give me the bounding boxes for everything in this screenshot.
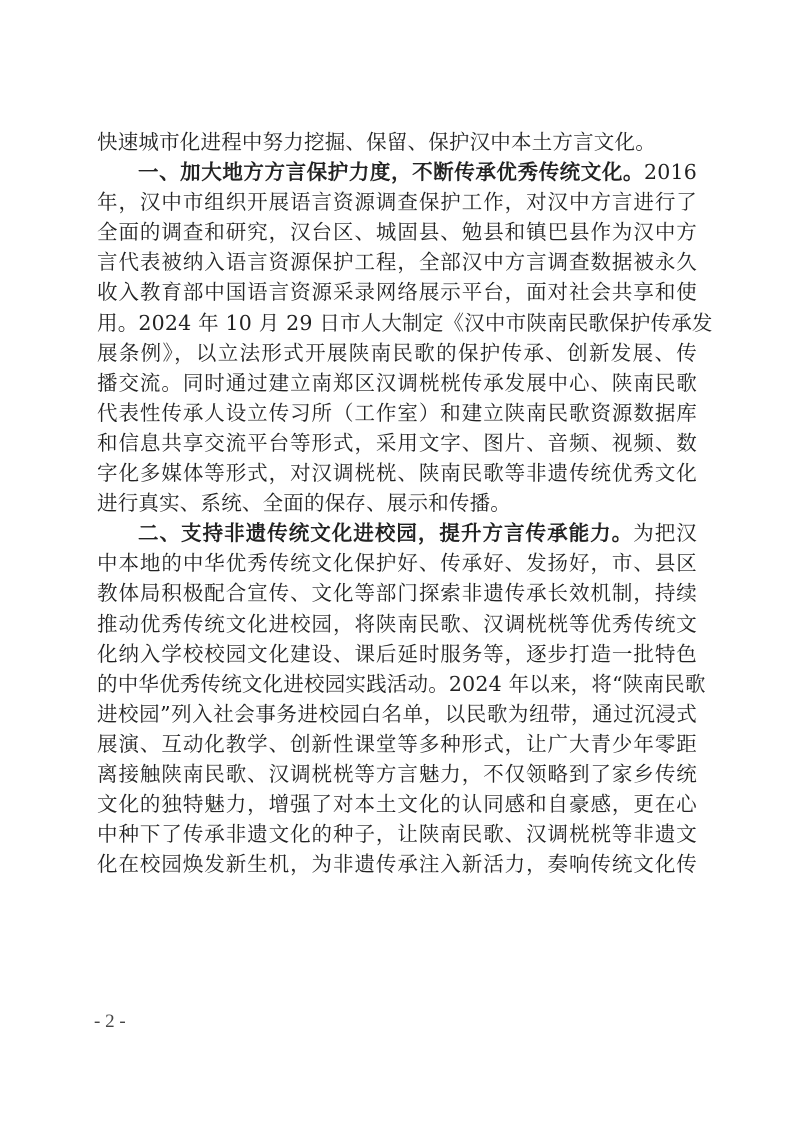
line-text: 中种下了传承非遗文化的种子，让陕南民歌、汉调桄桄等非遗文 [97,822,697,846]
line-text: 言代表被纳入语言资源保护工程，全部汉中方言调查数据被永久 [97,250,697,274]
text-line: 中本地的中华优秀传统文化保护好、传承好、发扬好，市、县区 [97,548,697,578]
line-text: 的中华优秀传统文化进校园实践活动。2024 年以来，将“陕南民歌 [97,672,706,696]
text-line: 二、支持非遗传统文化进校园，提升方言传承能力。为把汉 [97,518,697,548]
line-text: 收入教育部中国语言资源采录网络展示平台，面对社会共享和使 [97,280,697,304]
text-line: 中种下了传承非遗文化的种子，让陕南民歌、汉调桄桄等非遗文 [97,819,697,849]
body-text: 快速城市化进程中努力挖掘、保留、保护汉中本土方言文化。一、加大地方方言保护力度，… [97,127,697,879]
line-text: 用。2024 年 10 月 29 日市人大制定《汉中市陕南民歌保护传承发 [97,311,713,335]
text-line: 字化多媒体等形式，对汉调桄桄、陕南民歌等非遗传统优秀文化 [97,458,697,488]
text-line: 一、加大地方方言保护力度，不断传承优秀传统文化。2016 [97,157,697,187]
text-line: 播交流。同时通过建立南郑区汉调桄桄传承发展中心、陕南民歌 [97,368,697,398]
line-text: 2016 [644,160,697,184]
line-text: 和信息共享交流平台等形式，采用文字、图片、音频、视频、数 [97,431,697,455]
line-text: 代表性传承人设立传习所（工作室）和建立陕南民歌资源数据库 [97,401,697,425]
line-text: 教体局积极配合宣传、文化等部门探索非遗传承长效机制，持续 [97,581,697,605]
text-line: 全面的调查和研究，汉台区、城固县、勉县和镇巴县作为汉中方 [97,217,697,247]
document-page: 快速城市化进程中努力挖掘、保留、保护汉中本土方言文化。一、加大地方方言保护力度，… [0,0,793,1121]
line-text: 字化多媒体等形式，对汉调桄桄、陕南民歌等非遗传统优秀文化 [97,461,697,485]
line-text: 推动优秀传统文化进校园，将陕南民歌、汉调桄桄等优秀传统文 [97,612,697,636]
text-line: 年，汉中市组织开展语言资源调查保护工作，对汉中方言进行了 [97,187,697,217]
text-line: 教体局积极配合宣传、文化等部门探索非遗传承长效机制，持续 [97,578,697,608]
text-line: 进行真实、系统、全面的保存、展示和传播。 [97,488,697,518]
text-line: 化在校园焕发新生机，为非遗传承注入新活力，奏响传统文化传 [97,849,697,879]
text-line: 的中华优秀传统文化进校园实践活动。2024 年以来，将“陕南民歌 [97,669,697,699]
text-line: 进校园”列入社会事务进校园白名单，以民歌为纽带，通过沉浸式 [97,699,697,729]
line-text: 进校园”列入社会事务进校园白名单，以民歌为纽带，通过沉浸式 [97,702,697,726]
page-number: - 2 - [94,1011,126,1033]
line-text: 离接触陕南民歌、汉调桄桄等方言魅力，不仅领略到了家乡传统 [97,762,697,786]
line-text: 年，汉中市组织开展语言资源调查保护工作，对汉中方言进行了 [97,190,697,214]
text-line: 展演、互动化教学、创新性课堂等多种形式，让广大青少年零距 [97,729,697,759]
text-line: 快速城市化进程中努力挖掘、保留、保护汉中本土方言文化。 [97,127,697,157]
line-text: 全面的调查和研究，汉台区、城固县、勉县和镇巴县作为汉中方 [97,220,697,244]
line-text: 化纳入学校校园文化建设、课后延时服务等，逐步打造一批特色 [97,642,697,666]
text-line: 化纳入学校校园文化建设、课后延时服务等，逐步打造一批特色 [97,639,697,669]
text-line: 展条例》，以立法形式开展陕南民歌的保护传承、创新发展、传 [97,338,697,368]
line-text: 播交流。同时通过建立南郑区汉调桄桄传承发展中心、陕南民歌 [97,371,697,395]
text-line: 收入教育部中国语言资源采录网络展示平台，面对社会共享和使 [97,277,697,307]
text-line: 推动优秀传统文化进校园，将陕南民歌、汉调桄桄等优秀传统文 [97,609,697,639]
line-text: 化在校园焕发新生机，为非遗传承注入新活力，奏响传统文化传 [97,852,697,876]
text-line: 和信息共享交流平台等形式，采用文字、图片、音频、视频、数 [97,428,697,458]
text-line: 用。2024 年 10 月 29 日市人大制定《汉中市陕南民歌保护传承发 [97,308,697,338]
line-text: 文化的独特魅力，增强了对本土文化的认同感和自豪感，更在心 [97,792,697,816]
section-heading: 一、加大地方方言保护力度，不断传承优秀传统文化。 [138,160,644,184]
text-line: 离接触陕南民歌、汉调桄桄等方言魅力，不仅领略到了家乡传统 [97,759,697,789]
line-text: 中本地的中华优秀传统文化保护好、传承好、发扬好，市、县区 [97,551,697,575]
line-text: 为把汉 [633,521,697,545]
line-text: 快速城市化进程中努力挖掘、保留、保护汉中本土方言文化。 [97,130,656,154]
text-line: 文化的独特魅力，增强了对本土文化的认同感和自豪感，更在心 [97,789,697,819]
text-line: 言代表被纳入语言资源保护工程，全部汉中方言调查数据被永久 [97,247,697,277]
line-text: 展演、互动化教学、创新性课堂等多种形式，让广大青少年零距 [97,732,697,756]
line-text: 展条例》，以立法形式开展陕南民歌的保护传承、创新发展、传 [97,341,697,365]
section-heading: 二、支持非遗传统文化进校园，提升方言传承能力。 [138,521,633,545]
text-line: 代表性传承人设立传习所（工作室）和建立陕南民歌资源数据库 [97,398,697,428]
line-text: 进行真实、系统、全面的保存、展示和传播。 [97,491,511,515]
